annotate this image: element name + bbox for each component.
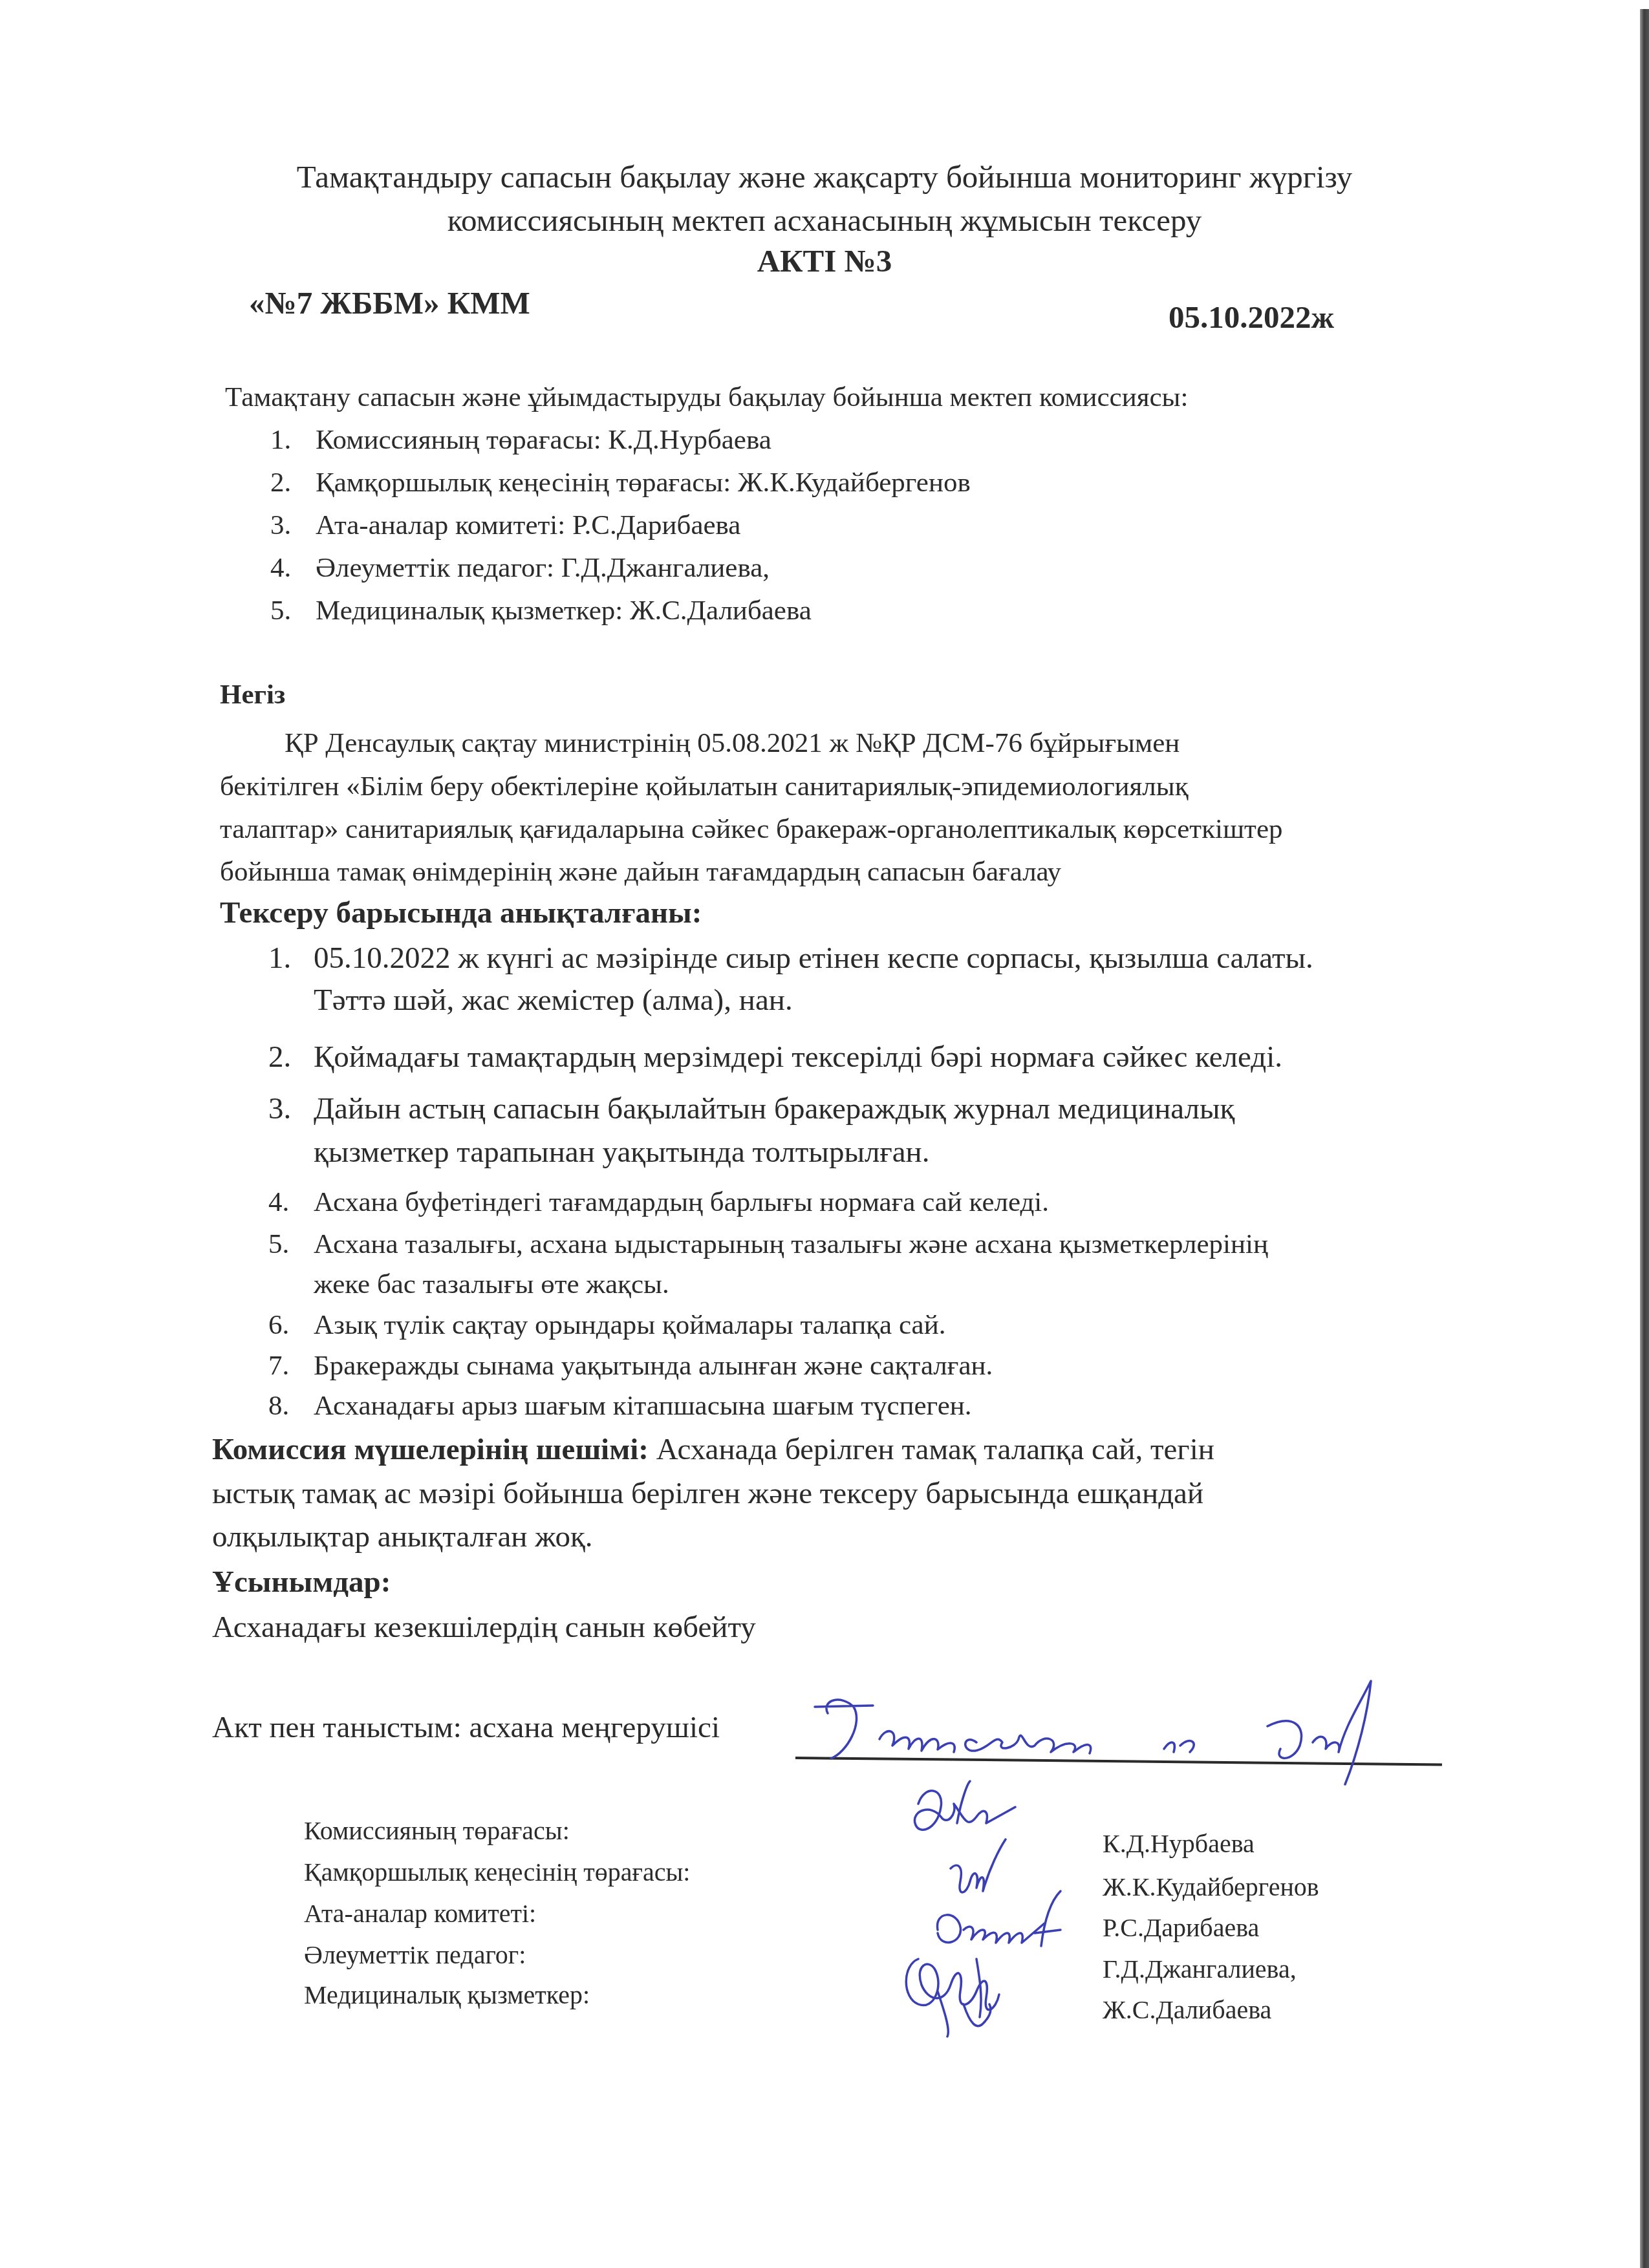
commission-member: 3.Ата-аналар комитеті: Р.С.Дарибаева — [270, 509, 740, 541]
finding-item: 1.05.10.2022 ж күнгі ас мәзірінде сиыр е… — [268, 941, 1313, 976]
signature-name: Р.С.Дарибаева — [1103, 1912, 1259, 1943]
finding-item: 8.Асханадағы арыз шағым кітапшасына шағы… — [268, 1390, 972, 1422]
acknowledgement-signature — [802, 1687, 1449, 1791]
act-title: АКТІ №3 — [0, 242, 1649, 279]
scan-edge — [1640, 9, 1649, 2268]
basis-heading: Негіз — [220, 679, 285, 711]
finding-item: 4.Асхана буфетіндегі тағамдардың барлығы… — [268, 1186, 1049, 1218]
signature-name: Ж.С.Далибаева — [1103, 1995, 1271, 2025]
commission-member: 1.Комиссияның төрағасы: К.Д.Нурбаева — [270, 424, 771, 456]
signature-name: Ж.К.Кудайбергенов — [1103, 1872, 1319, 1902]
decision-line-3: олқылықтар анықталған жоқ. — [212, 1519, 593, 1554]
basis-line: бекітілген «Білім беру обектілеріне қойы… — [220, 771, 1189, 802]
finding-item-continuation: қызметкер тарапынан уақытында толтырылға… — [314, 1135, 929, 1170]
commission-member: 5.Медициналық қызметкер: Ж.С.Далибаева — [270, 595, 812, 626]
finding-item: 3.Дайын астың сапасын бақылайтын бракера… — [268, 1091, 1234, 1126]
social-pedagogue-signature — [899, 1946, 1028, 2043]
decision-line-2: ыстық тамақ ас мәзірі бойынша берілген ж… — [212, 1476, 1203, 1511]
finding-item-continuation: Тәттә шәй, жас жемістер (алма), нан. — [314, 983, 793, 1018]
signature-role: Әлеуметтік педагог: — [304, 1940, 526, 1970]
finding-item: 2.Қоймадағы тамақтардың мерзімдері тексе… — [268, 1040, 1282, 1075]
signature-role: Қамқоршылық кеңесінің төрағасы: — [304, 1857, 690, 1887]
findings-heading: Тексеру барысында анықталғаны: — [220, 895, 702, 930]
signature-name: К.Д.Нурбаева — [1103, 1828, 1255, 1859]
decision-line-1: Комиссия мүшелерінің шешімі: Асханада бе… — [212, 1432, 1214, 1467]
recommendations-heading: Ұсынымдар: — [212, 1565, 391, 1599]
signature-role: Медициналық қызметкер: — [304, 1980, 590, 2010]
commission-intro: Тамақтану сапасын және ұйымдастыруды бақ… — [225, 381, 1188, 413]
document-date: 05.10.2022ж — [1169, 299, 1334, 336]
basis-line: бойынша тамақ өнімдерінің және дайын тағ… — [220, 856, 1061, 888]
organization-name: «№7 ЖББМ» КММ — [249, 284, 530, 321]
document-title-line-2: комиссиясының мектеп асханасының жұмысын… — [0, 202, 1649, 239]
commission-member: 4.Әлеуметтік педагог: Г.Д.Джангалиева, — [270, 552, 770, 584]
finding-item-continuation: жеке бас тазалығы өте жақсы. — [314, 1268, 669, 1300]
signature-role: Ата-аналар комитеті: — [304, 1898, 536, 1929]
finding-item: 6.Азық түлік сақтау орындары қоймалары т… — [268, 1309, 945, 1341]
basis-line: ҚР Денсаулық сақтау министрінің 05.08.20… — [285, 727, 1180, 759]
finding-item: 5.Асхана тазалығы, асхана ыдыстарының та… — [268, 1228, 1268, 1260]
recommendations-text: Асханадағы кезекшілердің санын көбейту — [212, 1610, 756, 1645]
basis-line: талаптар» санитариялық қағидаларына сәйк… — [220, 813, 1282, 845]
document-title-line-1: Тамақтандыру сапасын бақылау және жақсар… — [0, 158, 1649, 195]
commission-member: 2.Қамқоршылық кеңесінің төрағасы: Ж.К.Ку… — [270, 467, 971, 498]
signature-role: Комиссияның төрағасы: — [304, 1815, 570, 1846]
finding-item: 7.Бракеражды сынама уақытында алынған жә… — [268, 1350, 993, 1382]
decision-label: Комиссия мүшелерінің шешімі: — [212, 1433, 649, 1466]
acknowledgement-label: Акт пен таныстым: асхана меңгерушісі — [212, 1710, 720, 1745]
signature-name: Г.Д.Джангалиева, — [1103, 1954, 1297, 1984]
